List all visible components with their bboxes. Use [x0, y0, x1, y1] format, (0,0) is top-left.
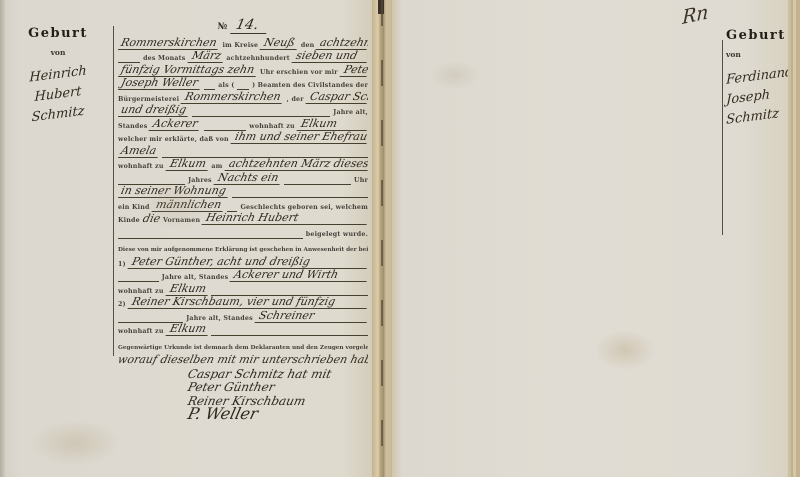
handwritten-text: Reiner Kirschbaum: [187, 395, 307, 407]
handwritten-text: Peter Günther, acht und dreißig: [127, 256, 368, 269]
left-record-header: № 14.: [118, 14, 368, 36]
handwritten-text: Ackerer und Wirth: [230, 269, 368, 282]
printed-form-text: , der: [287, 95, 304, 104]
handwritten-text: achtzehnten: [316, 37, 368, 50]
handwritten-text: Elkum: [165, 158, 210, 171]
printed-form-text: wohnhaft zu: [118, 162, 164, 171]
printed-form-text: welcher mir erklärte, daß von: [118, 135, 229, 144]
rule-line: [232, 193, 368, 198]
printed-form-text: beigelegt wurde.: [306, 230, 368, 239]
form-line: fünfzig Vormittags zehnUhr erschien vor …: [118, 63, 368, 77]
handwritten-text: Schreiner: [254, 310, 368, 323]
left-margin-heading: Geburt: [10, 26, 106, 41]
rule-line: [211, 331, 368, 336]
page-stack-edge: [788, 0, 800, 477]
numero-label: №: [217, 22, 227, 32]
printed-form-text: den: [301, 41, 315, 50]
printed-form-text: ) Beamten des Civilstandes der: [252, 81, 368, 90]
printed-form-text: am: [211, 162, 222, 171]
left-margin-preposition: von: [10, 48, 106, 57]
form-line: Caspar Schmitz hat mit: [118, 366, 368, 380]
handwritten-text: Heinrich Hubert: [202, 212, 368, 225]
printed-form-text: Uhr erschien vor mir: [260, 68, 338, 77]
form-line: 2)Reiner Kirschbaum, vier und fünfzig: [118, 296, 368, 310]
printed-form-text: Jahre alt, Standes: [186, 314, 253, 323]
printed-form-text: Bürgermeisterei: [118, 95, 179, 104]
form-line: 1)Peter Günther, acht und dreißig: [118, 255, 368, 269]
handwritten-text: Elkum: [296, 118, 368, 131]
form-line: des MonatsMärzachtzehnhundertsieben und: [118, 50, 368, 64]
form-line: Reiner Kirschbaum: [118, 393, 368, 407]
handwritten-text: März: [187, 50, 225, 63]
form-line: Joseph Wellerals () Beamten des Civilsta…: [118, 77, 368, 91]
printed-form-text: wohnhaft zu: [249, 122, 295, 131]
left-margin-rule: [113, 26, 114, 356]
printed-form-text: Standes: [118, 122, 147, 131]
handwritten-text: Ackerer: [149, 118, 202, 131]
handwritten-text: achtzehnten März dieses: [224, 158, 368, 171]
handwritten-text: Caspar Schmitz hat mit: [187, 368, 333, 380]
handwritten-text: Peter Günther: [187, 381, 276, 393]
rule-line: [118, 234, 303, 239]
handwritten-text: Caspar Schmitz sechs: [305, 91, 368, 104]
form-line: wohnhaft zuElkum: [118, 282, 368, 296]
book-fold: [372, 0, 392, 477]
handwritten-text: fünfzig Vormittags zehn: [118, 64, 258, 77]
handwritten-text: Amela: [118, 145, 160, 158]
rule-line: [284, 180, 351, 185]
printed-form-text: Vornamen: [163, 216, 200, 225]
handwritten-text: in seiner Wohnung: [118, 185, 230, 198]
right-margin-preposition: von: [726, 50, 788, 59]
printed-form-text: Kinde: [118, 216, 140, 225]
form-line: Jahre alt, StandesAckerer und Wirth: [118, 269, 368, 283]
printed-form-text: Geschlechts geboren sei, welchem: [240, 203, 368, 212]
printed-form-text: als (: [218, 81, 234, 90]
handwritten-text: Elkum: [165, 323, 210, 336]
handwritten-text: ihm und seiner Ehefrau Elisabeth: [230, 131, 368, 144]
printed-form-text: wohnhaft zu: [118, 287, 164, 296]
printed-form-text: wohnhaft zu: [118, 327, 164, 336]
form-line: BürgermeistereiRommerskirchen, derCaspar…: [118, 90, 368, 104]
printed-form-text: Jahres: [188, 176, 212, 185]
printed-form-text: Jahre alt,: [333, 108, 368, 117]
form-line: StandesAckererwohnhaft zuElkum: [118, 117, 368, 131]
printed-form-text: achtzehnhundert: [226, 54, 290, 63]
form-line: beigelegt wurde.: [118, 225, 368, 239]
printed-form-text: Diese von mir aufgenommene Erklärung ist…: [118, 246, 368, 255]
handwritten-text: P. Weller: [187, 408, 259, 420]
form-line: KindedieVornamenHeinrich Hubert: [118, 212, 368, 226]
form-line: Diese von mir aufgenommene Erklärung ist…: [118, 242, 368, 256]
handwritten-text: die: [141, 213, 161, 225]
printed-form-text: Gegenwärtige Urkunde ist demnach dem Dek…: [118, 344, 368, 353]
form-line: wohnhaft zuElkumamachtzehnten März diese…: [118, 158, 368, 172]
form-line: P. Weller: [118, 407, 368, 421]
record-number-value: 14.: [231, 17, 271, 34]
form-line: wohnhaft zuElkum: [118, 323, 368, 337]
printed-form-text: 2): [118, 300, 126, 309]
handwritten-text: Rommerskirchen: [181, 91, 285, 104]
form-line: in seiner Wohnung: [118, 185, 368, 199]
handwritten-text: Nachts ein: [213, 172, 282, 185]
printed-form-text: ein Kind: [118, 203, 150, 212]
right-margin-heading: Geburt: [726, 28, 788, 43]
form-line: welcher mir erklärte, daß vonihm und sei…: [118, 131, 368, 145]
form-line: worauf dieselben mit mir unterschrieben …: [118, 353, 368, 367]
left-margin: Geburt von Heinrich Hubert Schmitz: [10, 26, 106, 125]
printed-form-text: Uhr: [354, 176, 368, 185]
form-line: JahresNachts einUhr: [118, 171, 368, 185]
right-margin-rule: [722, 40, 723, 235]
form-line: ein KindmännlichenGeschlechts geboren se…: [118, 198, 368, 212]
left-form-lines: Rommerskirchenim KreiseNeußdenachtzehnte…: [118, 36, 368, 420]
rule-line: [118, 277, 159, 282]
printed-form-text: Jahre alt, Standes: [162, 273, 229, 282]
form-line: Amela: [118, 144, 368, 158]
handwritten-text: Reiner Kirschbaum, vier und fünfzig: [127, 296, 368, 309]
form-line: Peter Günther: [118, 380, 368, 394]
form-line: Jahre alt, StandesSchreiner: [118, 309, 368, 323]
left-page-body: № 14. Rommerskirchenim KreiseNeußdenacht…: [118, 14, 368, 420]
form-line: Rommerskirchenim KreiseNeußdenachtzehnte…: [118, 36, 368, 50]
handwritten-text: Rommerskirchen: [118, 37, 221, 50]
printed-form-text: 1): [118, 260, 126, 269]
form-line: Gegenwärtige Urkunde ist demnach dem Dek…: [118, 339, 368, 353]
printed-form-text: des Monats: [143, 54, 185, 63]
form-line: und dreißigJahre alt,: [118, 104, 368, 118]
handwritten-text: Joseph Weller: [118, 77, 202, 90]
handwritten-text: Neuß: [260, 37, 300, 50]
register-book: Geburt von Heinrich Hubert Schmitz № 14.…: [0, 0, 800, 477]
handwritten-text: männlichen: [151, 199, 225, 212]
left-page: Geburt von Heinrich Hubert Schmitz № 14.…: [0, 0, 372, 477]
handwritten-text: sieben und: [291, 50, 368, 63]
handwritten-text: Elkum: [165, 283, 210, 296]
right-margin: Geburt von Ferdinand Joseph Schmitz: [726, 28, 788, 127]
handwritten-text: und dreißig: [118, 104, 190, 117]
printed-form-text: im Kreise: [222, 41, 258, 50]
handwritten-text: worauf dieselben mit mir unterschrieben …: [118, 354, 368, 366]
handwritten-text: Peter: [339, 64, 368, 77]
